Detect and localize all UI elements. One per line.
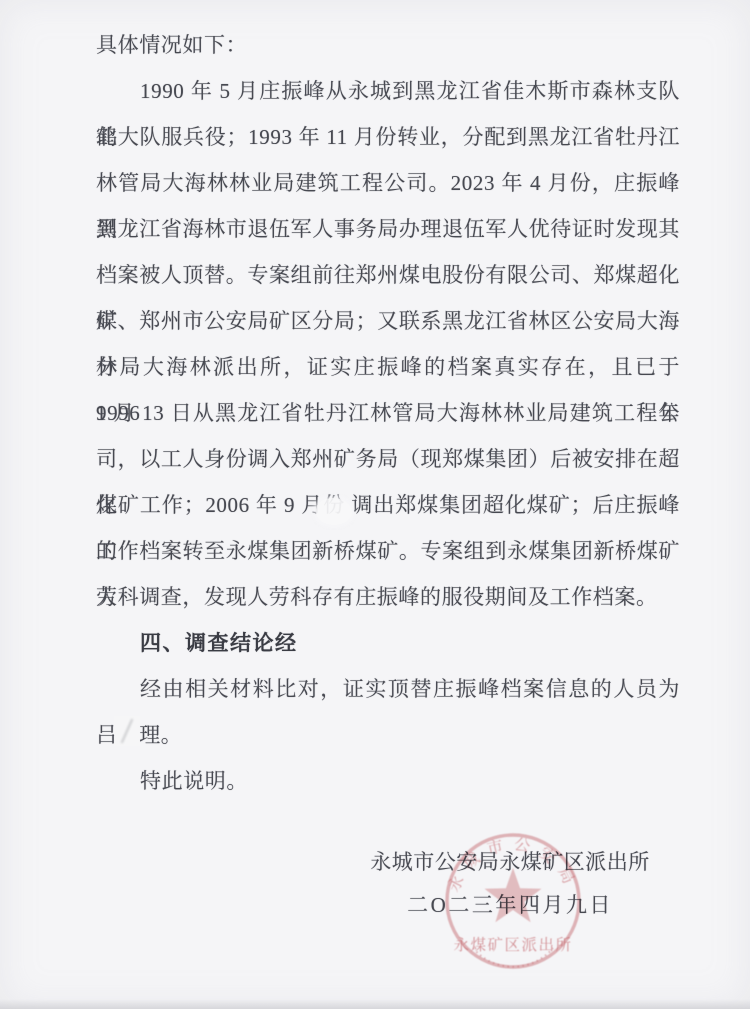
- document-line: 黑龙江省海林市退伍军人事务局办理退伍军人优待证时发现其: [96, 206, 680, 252]
- seal-bottom-text: 永煤矿区派出所: [453, 936, 572, 954]
- document-line: 林管局大海林林业局建筑工程公司。2023 年 4 月份，庄振峰到: [96, 160, 680, 206]
- bottom-edge-shadow: [0, 999, 750, 1009]
- document-line: 工作档案转至永煤集团新桥煤矿。专案组到永煤集团新桥煤矿人: [96, 528, 680, 574]
- document-line: 煤矿工作；2006 年 9 月份 调出郑煤集团超化煤矿；后庄振峰的: [96, 482, 680, 528]
- whiteout-blob: [316, 498, 352, 525]
- document-line: 矿、郑州市公安局矿区分局；又联系黑龙江省林区公安局大海林: [96, 298, 680, 344]
- document-line: 司，以工人身份调入郑州矿务局（现郑煤集团）后被安排在超化: [96, 436, 680, 482]
- document-line: 经由相关材料比对，证实顶替庄振峰档案信息的人员为: [96, 666, 680, 712]
- document-line: 吕 理。: [96, 712, 680, 758]
- document-line: 档案被人顶替。专案组前往郑州煤电股份有限公司、郑煤超化煤: [96, 252, 680, 298]
- document-line: 具体情况如下：: [96, 22, 680, 68]
- document-line: 9 月 13 日从黑龙江省牡丹江林管局大海林林业局建筑工程公: [96, 390, 680, 436]
- seal-star-icon: [485, 868, 542, 922]
- document-page: 具体情况如下：1990 年 5 月庄振峰从永城到黑龙江省佳木斯市森林支队鹤北大队…: [0, 0, 750, 1009]
- document-line: 1990 年 5 月庄振峰从永城到黑龙江省佳木斯市森林支队鹤: [96, 68, 680, 114]
- document-line: 四、调查结论经: [96, 620, 680, 666]
- redaction-smudge: [114, 716, 140, 746]
- document-line: 北大队服兵役；1993 年 11 月份转业，分配到黑龙江省牡丹江: [96, 114, 680, 160]
- document-line: 劳科调查，发现人劳科存有庄振峰的服役期间及工作档案。: [96, 574, 680, 620]
- official-seal: 永城市公安局 永煤矿区派出所: [442, 829, 584, 973]
- document-body: 具体情况如下：1990 年 5 月庄振峰从永城到黑龙江省佳木斯市森林支队鹤北大队…: [96, 22, 680, 804]
- document-line: 特此说明。: [96, 758, 680, 804]
- document-line: 分局大海林派出所，证实庄振峰的档案真实存在，且已于1996 年: [96, 344, 680, 390]
